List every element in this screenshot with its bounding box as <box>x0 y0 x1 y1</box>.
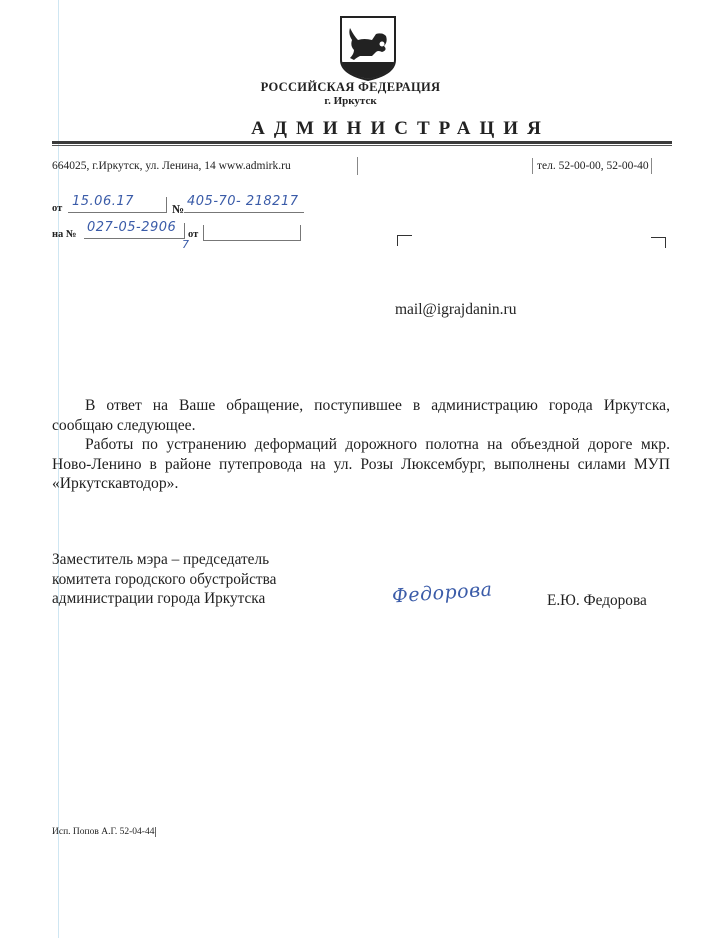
city-title: г. Иркутск <box>0 95 701 107</box>
reference-date-field <box>203 225 301 241</box>
date-field: 15.06.17 <box>68 197 167 213</box>
date-label: от <box>52 203 62 214</box>
signatory-name: Е.Ю. Федорова <box>547 592 647 610</box>
recipient-email: mail@igrajdanin.ru <box>395 301 516 319</box>
number-label: № <box>172 202 184 217</box>
reference-label: на № <box>52 229 76 240</box>
executor-line: Исп. Попов А.Г. 52-04-44 <box>52 827 156 837</box>
coat-of-arms-icon <box>338 14 398 82</box>
address-corner-right <box>651 237 666 248</box>
reference-field: 027-05-2906 <box>84 223 185 239</box>
number-value: 405-70- 218217 <box>187 194 299 209</box>
address-corner-left <box>397 235 412 246</box>
country-title: РОССИЙСКАЯ ФЕДЕРАЦИЯ <box>0 80 701 95</box>
position-line: администрации города Иркутска <box>52 589 276 609</box>
reference-date-label: от <box>188 229 198 240</box>
body-paragraph: Работы по устранению деформаций дорожног… <box>52 435 670 494</box>
date-value: 15.06.17 <box>72 194 134 209</box>
handwritten-signature: Федорова <box>391 579 493 608</box>
letter-body: В ответ на Ваше обращение, поступившее в… <box>52 396 670 494</box>
body-paragraph: В ответ на Ваше обращение, поступившее в… <box>52 396 670 435</box>
position-line: комитета городского обустройства <box>52 570 276 590</box>
organization-title: АДМИНИСТРАЦИЯ <box>0 118 701 140</box>
signatory-position: Заместитель мэра – председатель комитета… <box>52 550 276 609</box>
position-line: Заместитель мэра – председатель <box>52 550 276 570</box>
phone-line: тел. 52-00-00, 52-00-40 <box>532 158 652 174</box>
address-line: 664025, г.Иркутск, ул. Ленина, 14 www.ad… <box>52 160 291 172</box>
number-field: 405-70- 218217 <box>184 197 304 213</box>
address-separator <box>357 157 358 175</box>
reference-value: 027-05-2906 <box>87 220 176 235</box>
letterhead-divider <box>52 141 672 146</box>
